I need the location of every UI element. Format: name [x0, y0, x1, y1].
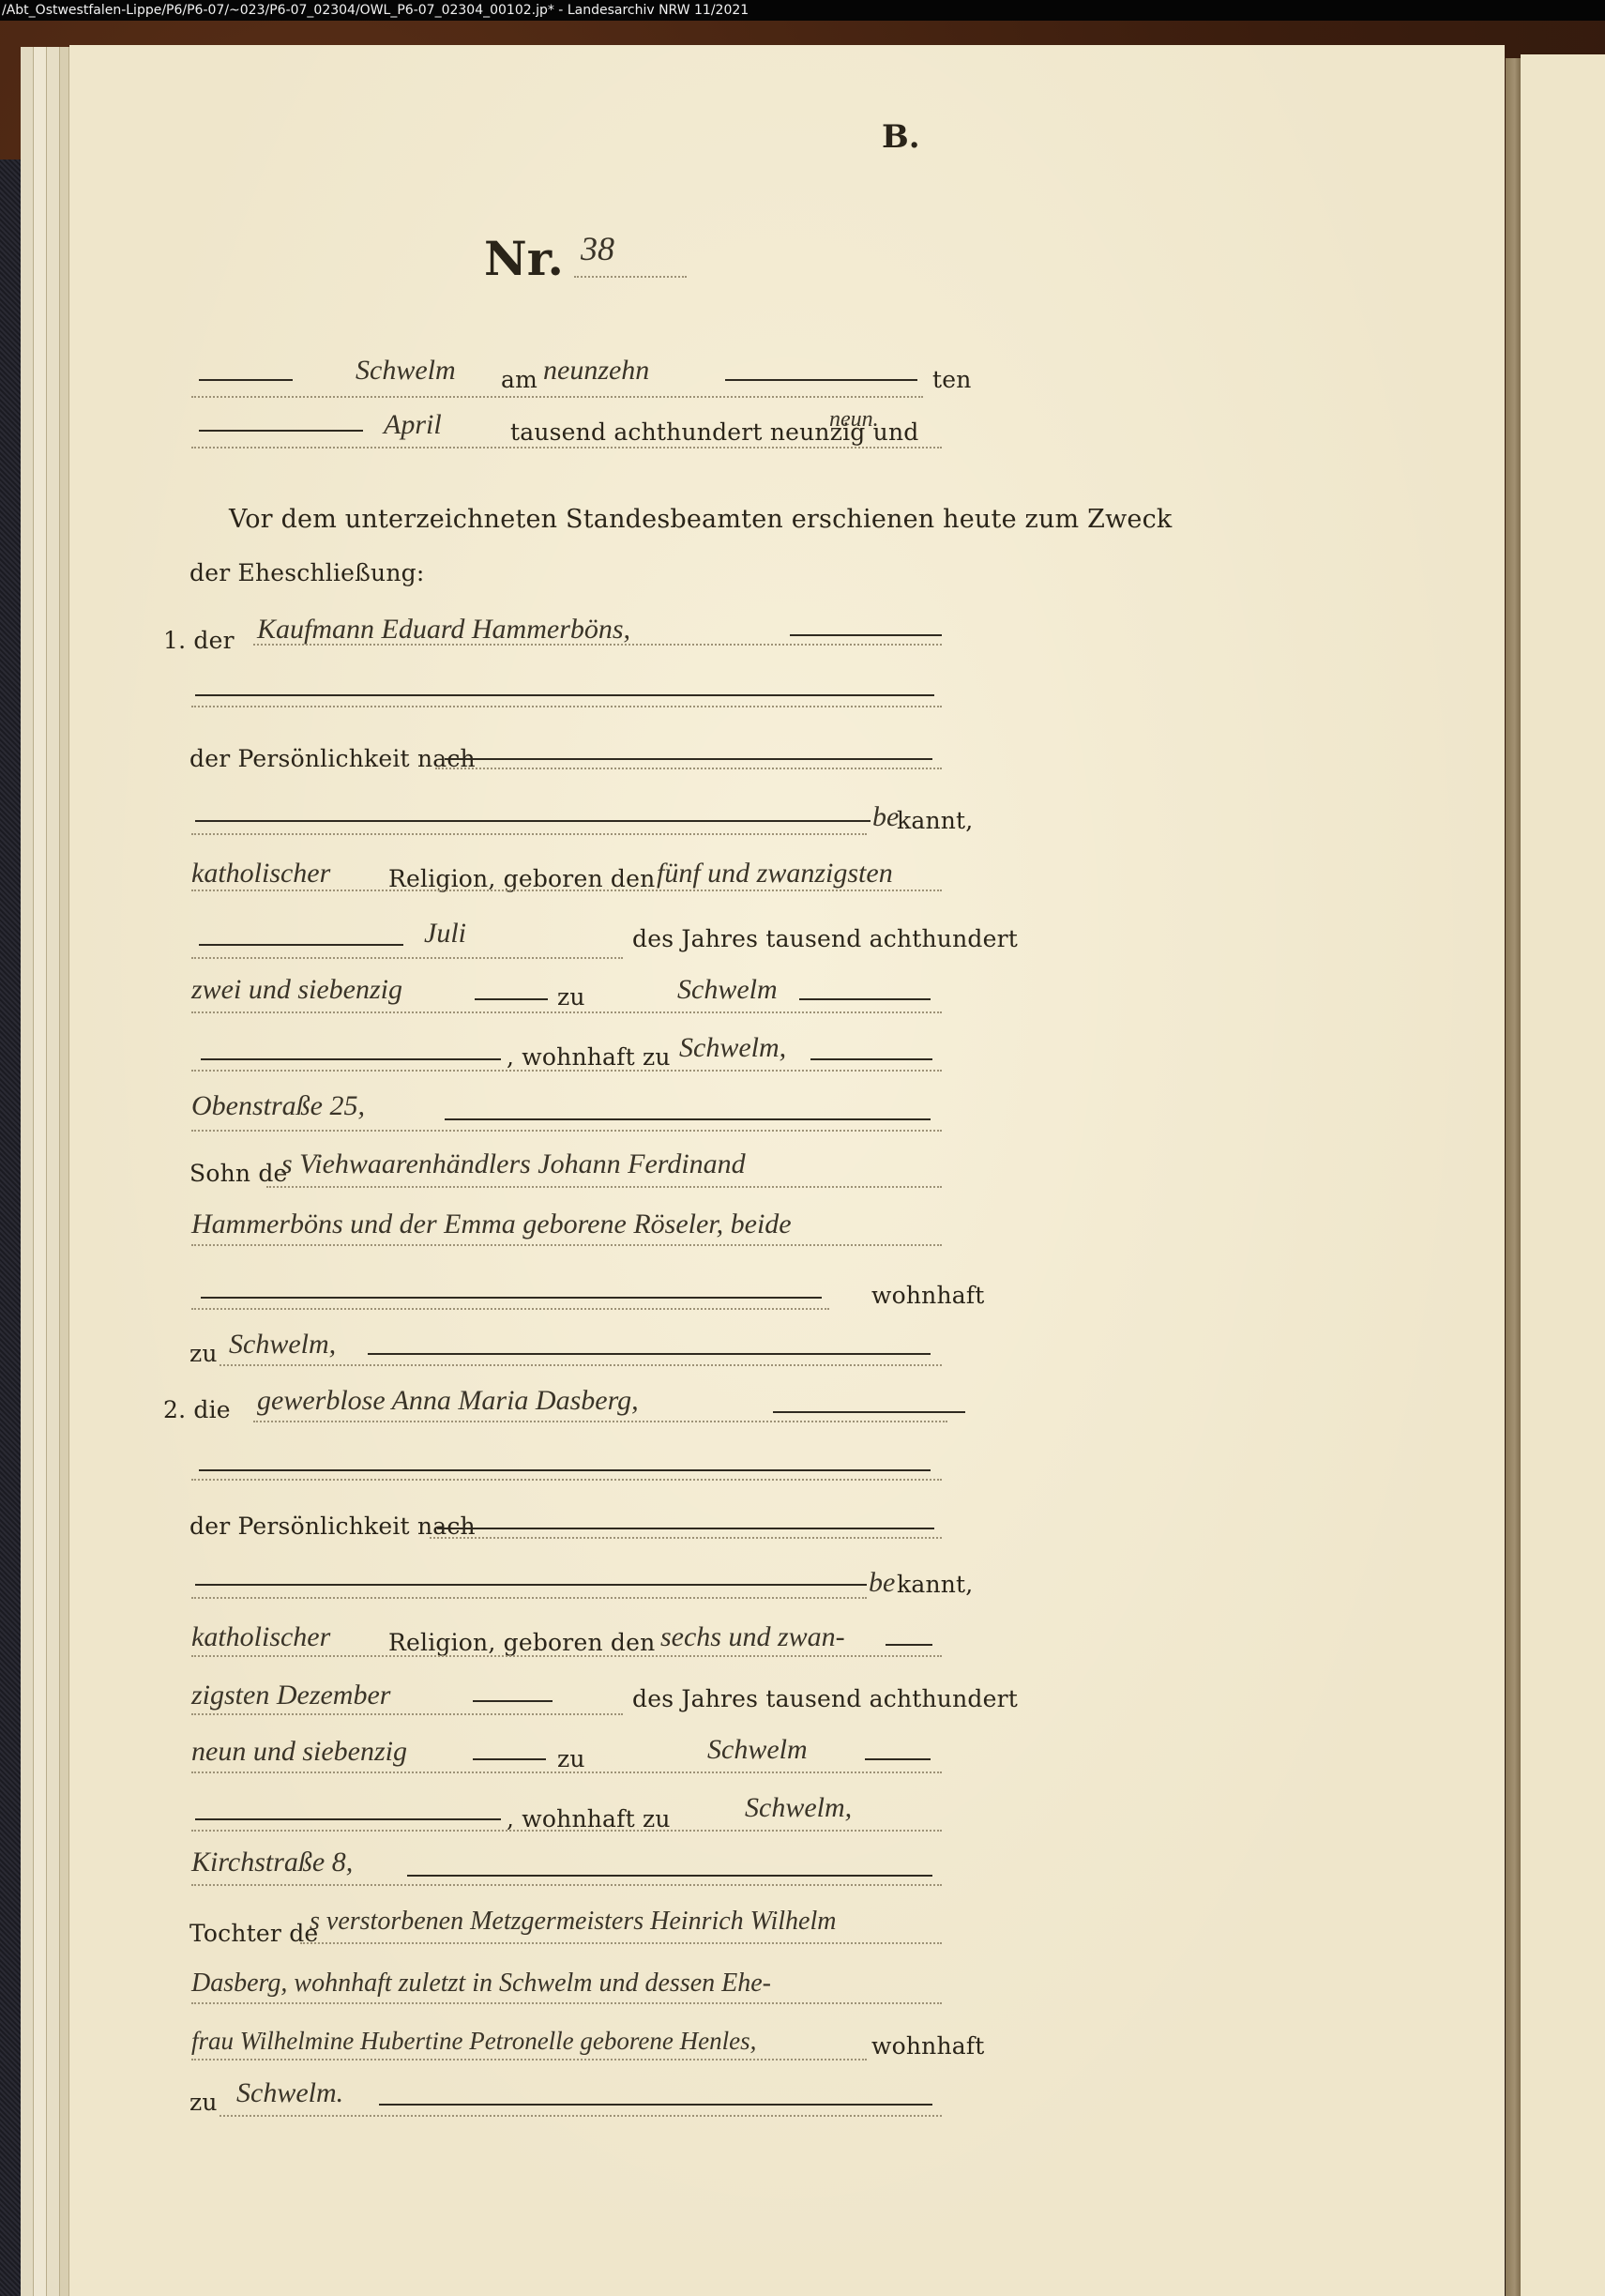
fill-rule [199, 944, 403, 946]
party1-prefix: 1. der [163, 627, 235, 654]
page-edge [47, 47, 60, 2296]
party2-birth-place-prefix: zu [557, 1745, 585, 1772]
party1-birth-year: zwei und siebenzig [191, 974, 402, 1006]
dotted-line [253, 1421, 947, 1422]
party2-birth-year: neun und siebenzig [191, 1736, 407, 1768]
dotted-line [191, 833, 867, 835]
fill-rule [195, 694, 934, 696]
party1-parents-residence-label: wohnhaft [871, 1282, 985, 1309]
dotted-line [574, 276, 687, 278]
party2-religion-label: Religion, geboren den [388, 1629, 655, 1656]
fill-rule [368, 1353, 931, 1355]
registry-place: Schwelm [356, 355, 456, 387]
party1-religion-label: Religion, geboren den [388, 865, 655, 892]
party2-identity-label: der Persönlichkeit nach [189, 1513, 476, 1540]
fill-rule [201, 1297, 822, 1299]
party1-parents-residence-prefix: zu [189, 1340, 218, 1367]
fill-rule [195, 1584, 867, 1586]
party2-birth-day-line1: sechs und zwan- [660, 1621, 845, 1653]
dotted-line [300, 1942, 942, 1944]
dotted-line [191, 2059, 867, 2060]
party2-name: gewerblose Anna Maria Dasberg, [257, 1385, 639, 1417]
fill-rule [195, 820, 871, 822]
dotted-line [191, 1655, 942, 1657]
fill-rule [445, 1118, 931, 1120]
party1-parents-label: Sohn de [189, 1160, 288, 1187]
party2-parents-line3: frau Wilhelmine Hubertine Petronelle geb… [191, 2027, 756, 2056]
party2-prefix: 2. die [163, 1396, 231, 1423]
party2-residence-label: , wohnhaft zu [507, 1805, 671, 1832]
dotted-line [253, 644, 942, 646]
dotted-line [191, 1597, 867, 1599]
party1-birth-place-prefix: zu [557, 983, 585, 1011]
party2-parents-line2: Dasberg, wohnhaft zuletzt in Schwelm und… [191, 1969, 771, 1999]
party1-identity-label: der Persönlichkeit nach [189, 745, 476, 772]
party2-birth-place: Schwelm [707, 1734, 808, 1766]
registry-day: neunzehn [543, 355, 649, 387]
party2-birth-year-label: des Jahres tausend achthundert [632, 1685, 1018, 1712]
party2-parents-label: Tochter de [189, 1920, 318, 1947]
book-binding-cloth [0, 160, 23, 2296]
facing-page-edge [1521, 54, 1605, 2296]
fill-rule [865, 1758, 931, 1760]
party1-birth-day: fünf und zwanzigsten [657, 858, 893, 890]
party2-birth-day-line2: zigsten Dezember [191, 1680, 390, 1711]
form-letter: B. [882, 118, 920, 156]
dotted-line [191, 1011, 942, 1013]
party1-parents-line2: Hammerböns und der Emma geborene Röseler… [191, 1209, 792, 1240]
fill-rule [379, 2104, 932, 2106]
fill-rule [407, 1875, 932, 1877]
fill-rule [199, 1469, 931, 1471]
party1-known-print: kannt, [897, 807, 973, 834]
party1-residence-label: , wohnhaft zu [507, 1043, 671, 1071]
party1-parents-residence: Schwelm, [229, 1329, 336, 1361]
dotted-line [430, 1537, 942, 1539]
dotted-line [191, 706, 942, 707]
party2-parents-line1: s verstorbenen Metzgermeisters Heinrich … [310, 1907, 836, 1937]
fill-rule [799, 998, 931, 1000]
fill-rule [199, 379, 293, 381]
intro-text: Vor dem unterzeichneten Standesbeamten e… [229, 505, 1172, 534]
dotted-line [191, 447, 942, 449]
window-title-bar: /Abt_Ostwestfalen-Lippe/P6/P6-07/~023/P6… [0, 0, 1605, 21]
page-edge [34, 47, 47, 2296]
dotted-line [435, 768, 942, 769]
dotted-line [191, 1130, 942, 1132]
party2-religion: katholischer [191, 1621, 330, 1653]
party2-parents-residence-prefix: zu [189, 2089, 218, 2116]
fill-rule [195, 1818, 501, 1820]
party1-street: Obenstraße 25, [191, 1090, 365, 1122]
register-page: B. Nr. 38 Schwelm am neunzehn ten April … [69, 45, 1505, 2296]
fill-rule [473, 1758, 546, 1760]
dotted-line [191, 1308, 829, 1310]
party1-residence: Schwelm, [679, 1032, 786, 1064]
fill-rule [725, 379, 917, 381]
dotted-line [191, 1070, 942, 1072]
party1-birth-place: Schwelm [677, 974, 778, 1006]
fill-rule [773, 1411, 965, 1413]
dotted-line [191, 1771, 942, 1773]
party1-birth-month: Juli [424, 918, 466, 950]
book-gutter [1506, 58, 1521, 2296]
dotted-line [266, 1186, 942, 1188]
fill-rule [473, 1700, 553, 1702]
record-number-value: 38 [581, 229, 614, 268]
fill-rule [201, 1058, 501, 1060]
label-ten: ten [932, 366, 972, 393]
record-number-label: Nr. [484, 231, 564, 286]
party2-known-print: kannt, [897, 1571, 973, 1598]
fill-rule [437, 1528, 934, 1529]
window-title: /Abt_Ostwestfalen-Lippe/P6/P6-07/~023/P6… [2, 3, 749, 18]
dotted-line [191, 957, 623, 959]
registry-year-hand: neun. [829, 407, 879, 433]
dotted-line [191, 1884, 942, 1886]
party2-parents-residence: Schwelm. [236, 2077, 343, 2109]
dotted-line [191, 1713, 623, 1715]
dotted-line [191, 1479, 942, 1481]
dotted-line [191, 396, 923, 398]
intro-text-cont: der Eheschließung: [189, 559, 425, 586]
registry-month: April [384, 409, 442, 441]
label-am: am [501, 366, 538, 393]
party2-parents-residence-label: wohnhaft [871, 2032, 985, 2060]
fill-rule [886, 1644, 932, 1646]
fill-rule [475, 998, 548, 1000]
page-edge [60, 47, 69, 2296]
party1-parents-line1: s Viehwaarenhändlers Johann Ferdinand [281, 1148, 746, 1180]
party2-residence: Schwelm, [745, 1792, 852, 1824]
party1-name: Kaufmann Eduard Hammerböns, [257, 614, 630, 646]
fill-rule [810, 1058, 932, 1060]
fill-rule [445, 758, 932, 760]
party2-known-hand: be [869, 1567, 895, 1599]
dotted-line [191, 1244, 942, 1246]
dotted-line [191, 1830, 942, 1832]
party1-religion: katholischer [191, 858, 330, 890]
party1-birth-year-label: des Jahres tausend achthundert [632, 925, 1018, 952]
dotted-line [220, 2115, 942, 2117]
party2-street: Kirchstraße 8, [191, 1847, 353, 1878]
page-edge [21, 47, 34, 2296]
dotted-line [220, 1364, 942, 1366]
dotted-line [191, 2002, 942, 2004]
dotted-line [191, 890, 942, 891]
party1-known-hand: be [872, 801, 899, 833]
fill-rule [199, 430, 363, 432]
fill-rule [790, 634, 942, 636]
